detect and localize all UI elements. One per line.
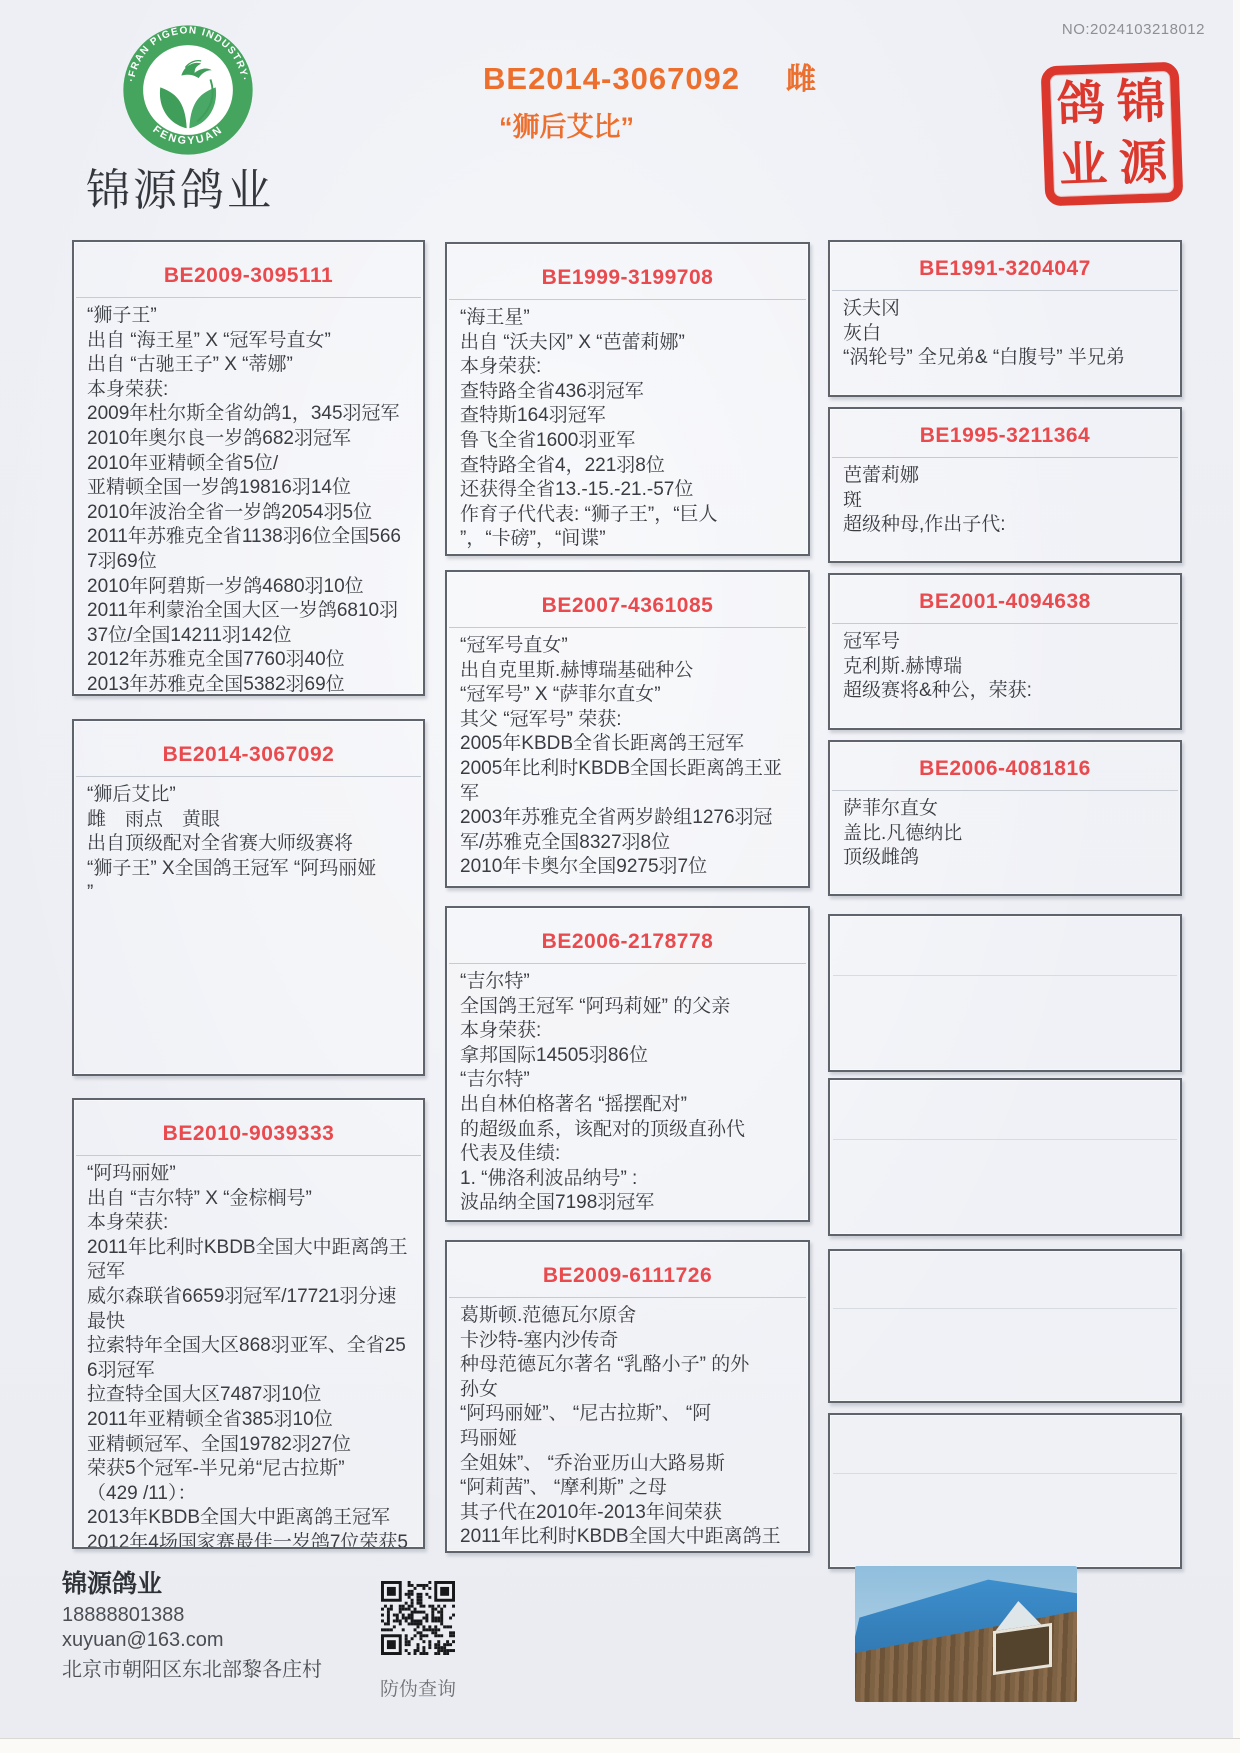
box-text-line: 盖比.凡德纳比 (843, 822, 1167, 847)
box-text-line: 2005年比利时KBDB全国长距离鸽王亚 (460, 757, 795, 782)
serial-number: NO:2024103218012 (990, 21, 1205, 38)
box-text-line: 全国鸽王冠军 “阿玛莉娅” 的父亲 (460, 995, 795, 1020)
empty-box-rule (833, 1308, 1177, 1309)
footer-email: xuyuan@163.com (62, 1629, 224, 1652)
red-stamp-seal: 鸽 锦 业 源 (1041, 62, 1184, 207)
box-text-line: 拉索特年全国大区868羽亚军、全省25 (87, 1334, 410, 1359)
loft-logo: ·FRAN PIGEON INDUSTRY· FENGYUAN (122, 24, 254, 156)
empty-box-rule (833, 1139, 1177, 1140)
pedigree-box-BE2001-4094638: BE2001-4094638冠军号克利斯.赫博瑞超级赛将&种公，荣获: (828, 573, 1182, 730)
box-body: “冠军号直女”出自克里斯.赫博瑞基础种公“冠军号” X “萨菲尔直女”其父 “冠… (447, 628, 808, 880)
box-text-line: 军/苏雅克全国8327羽8位 (460, 831, 795, 856)
seal-char: 鸽 (1056, 80, 1106, 130)
box-text-line: “吉尔特” (460, 1068, 795, 1093)
box-text-line: 2011年比利时KBDB全国大中距离鸽王 (460, 1525, 795, 1550)
box-text-line: 2010年阿碧斯一岁鸽4680羽10位 (87, 575, 410, 600)
box-text-line: 查特斯164羽冠军 (460, 404, 795, 429)
box-ring-number: BE1991-3204047 (830, 242, 1180, 281)
box-ring-number: BE2014-3067092 (74, 721, 423, 767)
box-text-line: 雌 雨点 黄眼 (87, 808, 410, 833)
box-body: 芭蕾莉娜斑超级种母,作出子代: (830, 458, 1180, 538)
bird-ring-row: BE2014-3067092雌 (483, 54, 817, 98)
box-text-line: 37位/全国14211羽142位 (87, 624, 410, 649)
box-text-line: 7羽69位 (87, 550, 410, 575)
box-body: “吉尔特”全国鸽王冠军 “阿玛莉娅” 的父亲本身荣获:拿邦国际14505羽86位… (447, 964, 808, 1216)
box-text-line: 还获得全省13.-15.-21.-57位 (460, 478, 795, 503)
pedigree-box-BE1999-3199708: BE1999-3199708“海王星”出自 “沃夫冈” X “芭蕾莉娜”本身荣获… (445, 242, 810, 556)
box-ring-number: BE1999-3199708 (447, 244, 808, 290)
box-text-line: 2013年苏雅克全国5382羽69位 (87, 673, 410, 696)
box-ring-number: BE2009-6111726 (447, 1242, 808, 1288)
footer-loft-name: 锦源鸽业 (62, 1564, 162, 1600)
box-text-line: 的超级血系，该配对的顶级直孙代 (460, 1118, 795, 1143)
scan-edge-right (1233, 0, 1240, 1753)
box-body: “狮子王”出自 “海王星” X “冠军号直女”出自 “古驰王子” X “蒂娜”本… (74, 298, 423, 696)
box-text-line: 鲁飞全省1600羽亚军 (460, 429, 795, 454)
bird-sex: 雌 (786, 63, 817, 96)
box-text-line: 超级赛将&种公，荣获: (843, 679, 1167, 704)
pedigree-box-BE2006-4081816: BE2006-4081816萨菲尔直女盖比.凡德纳比顶级雌鸽 (828, 740, 1182, 896)
empty-box-rule (833, 975, 1177, 976)
box-text-line: 沃夫冈 (843, 297, 1167, 322)
box-text-line: 全姐妹”、 “乔治亚历山大路易斯 (460, 1452, 795, 1477)
pedigree-box-BE2009-6111726: BE2009-6111726葛斯顿.范德瓦尔原舍卡沙特-塞内沙传奇种母范德瓦尔著… (445, 1240, 810, 1553)
box-text-line: （429 /11）： (87, 1482, 410, 1507)
box-text-line: 超级种母,作出子代: (843, 513, 1167, 538)
box-text-line: 出自 “沃夫冈” X “芭蕾莉娜” (460, 331, 795, 356)
box-text-line: 2012年苏雅克全国7760羽40位 (87, 648, 410, 673)
box-ring-number: BE2001-4094638 (830, 575, 1180, 614)
box-text-line: 种母范德瓦尔著名 “乳酪小子” 的外 (460, 1353, 795, 1378)
box-text-line: 其父 “冠军号” 荣获: (460, 708, 795, 733)
pedigree-column-3: BE1991-3204047沃夫冈灰白“涡轮号” 全兄弟& “白腹号” 半兄弟B… (828, 240, 1182, 1569)
box-text-line: “狮子王” X全国鸽王冠军 “阿玛丽娅 (87, 857, 410, 882)
box-text-line: 1. “佛洛利波品纳号” : (460, 1167, 795, 1192)
box-text-line: 萨菲尔直女 (843, 797, 1167, 822)
box-text-line: “吉尔特” (460, 970, 795, 995)
logo-inner-circle (144, 46, 232, 134)
box-text-line: 代表及佳绩: (460, 1142, 795, 1167)
box-text-line: 2010年奥尔良一岁鸽682羽冠军 (87, 427, 410, 452)
box-text-line: 2011年亚精顿全省385羽10位 (87, 1408, 410, 1433)
pedigree-box-empty (828, 1249, 1182, 1403)
pedigree-box-BE2007-4361085: BE2007-4361085“冠军号直女”出自克里斯.赫博瑞基础种公“冠军号” … (445, 570, 810, 888)
box-text-line: 拉查特全国大区7487羽10位 (87, 1383, 410, 1408)
box-text-line: ”，“卡磅”，“间谍” (460, 527, 795, 552)
seal-char: 源 (1118, 139, 1168, 189)
box-text-line: 亚精顿全国一岁鸽19816羽14位 (87, 476, 410, 501)
box-text-line: 2011年苏雅克全省1138羽6位全国566 (87, 525, 410, 550)
seal-char: 锦 (1116, 78, 1166, 128)
pedigree-box-empty (828, 914, 1182, 1072)
box-body: “海王星”出自 “沃夫冈” X “芭蕾莉娜”本身荣获:查特路全省436羽冠军查特… (447, 300, 808, 552)
box-text-line: 荣获5个冠军-半兄弟“尼古拉斯” (87, 1457, 410, 1482)
box-ring-number: BE2010-9039333 (74, 1100, 423, 1146)
box-text-line: 出自林伯格著名 “摇摆配对” (460, 1093, 795, 1118)
box-ring-number: BE2007-4361085 (447, 572, 808, 618)
box-text-line: 最快 (87, 1310, 410, 1335)
box-text-line: 2003年苏雅克全省两岁龄组1276羽冠 (460, 806, 795, 831)
box-text-line: 2013年KBDB全国大中距离鸽王冠军 (87, 1506, 410, 1531)
box-body: 冠军号克利斯.赫博瑞超级赛将&种公，荣获: (830, 624, 1180, 704)
box-body: 萨菲尔直女盖比.凡德纳比顶级雌鸽 (830, 791, 1180, 871)
box-text-line: “阿玛丽娅” (87, 1162, 410, 1187)
box-text-line: 葛斯顿.范德瓦尔原舍 (460, 1304, 795, 1329)
qr-label: 防伪查询 (356, 1674, 480, 1701)
loft-brand-name: 锦源鸽业 (86, 154, 274, 218)
qr-code (381, 1581, 455, 1655)
pedigree-box-empty (828, 1078, 1182, 1236)
box-text-line: “狮子王” (87, 304, 410, 329)
box-text-line: “海王星” (460, 306, 795, 331)
box-body: 葛斯顿.范德瓦尔原舍卡沙特-塞内沙传奇种母范德瓦尔著名 “乳酪小子” 的外孙女“… (447, 1298, 808, 1550)
box-ring-number: BE2006-2178778 (447, 908, 808, 954)
seal-char: 业 (1058, 141, 1108, 191)
box-text-line: “阿莉茜”、 “摩利斯” 之母 (460, 1476, 795, 1501)
box-text-line: 作育子代代表: “狮子王”，“巨人 (460, 503, 795, 528)
box-text-line: 查特路全省436羽冠军 (460, 380, 795, 405)
box-text-line: ” (87, 881, 410, 906)
box-text-line: 玛丽娅 (460, 1427, 795, 1452)
box-text-line: 2010年波治全省一岁鸽2054羽5位 (87, 501, 410, 526)
box-text-line: 本身荣获: (460, 1019, 795, 1044)
empty-box-rule (833, 1473, 1177, 1474)
box-text-line: 出自 “吉尔特” X “金棕榈号” (87, 1187, 410, 1212)
box-text-line: 出自 “古驰王子” X “蒂娜” (87, 353, 410, 378)
box-text-line: 拿邦国际14505羽86位 (460, 1044, 795, 1069)
box-text-line: 其子代在2010年-2013年间荣获 (460, 1501, 795, 1526)
box-text-line: “狮后艾比” (87, 783, 410, 808)
pedigree-column-2: BE1999-3199708“海王星”出自 “沃夫冈” X “芭蕾莉娜”本身荣获… (445, 242, 810, 1553)
box-text-line: 2012年4场国家赛最佳一岁鸽7位荣获5 (87, 1531, 410, 1549)
pedigree-sheet: NO:2024103218012 ·FRAN PIGEON INDUSTRY· … (0, 0, 1233, 1738)
box-text-line: 卡沙特-塞内沙传奇 (460, 1329, 795, 1354)
pedigree-box-BE2009-3095111: BE2009-3095111“狮子王”出自 “海王星” X “冠军号直女”出自 … (72, 240, 425, 696)
pedigree-box-BE1991-3204047: BE1991-3204047沃夫冈灰白“涡轮号” 全兄弟& “白腹号” 半兄弟 (828, 240, 1182, 397)
box-text-line: 军 (460, 782, 795, 807)
box-text-line: “冠军号直女” (460, 634, 795, 659)
box-text-line: “冠军号” X “萨菲尔直女” (460, 683, 795, 708)
box-text-line: 灰白 (843, 322, 1167, 347)
pedigree-box-BE2014-3067092: BE2014-3067092“狮后艾比”雌 雨点 黄眼出自顶级配对全省赛大师级赛… (72, 719, 425, 1076)
box-text-line: 本身荣获: (87, 1211, 410, 1236)
box-text-line: 6羽冠军 (87, 1359, 410, 1384)
box-ring-number: BE2009-3095111 (74, 242, 423, 288)
bird-ring-number: BE2014-3067092 (483, 61, 740, 96)
scan-edge-bottom (0, 1738, 1240, 1753)
box-text-line: 本身荣获: (87, 378, 410, 403)
box-ring-number: BE1995-3211364 (830, 409, 1180, 448)
box-text-line: “阿玛丽娅”、 “尼古拉斯”、 “阿 (460, 1402, 795, 1427)
box-text-line: 出自克里斯.赫博瑞基础种公 (460, 659, 795, 684)
box-text-line: 2010年亚精顿全省5位/ (87, 452, 410, 477)
box-text-line: 2011年比利时KBDB全国大中距离鸽王 (87, 1236, 410, 1261)
box-text-line: 孙女 (460, 1378, 795, 1403)
box-text-line: 亚精顿冠军、全国19782羽27位 (87, 1433, 410, 1458)
box-text-line: 查特路全省4，221羽8位 (460, 454, 795, 479)
bird-main-title: BE2014-3067092雌 “狮后艾比” (483, 54, 817, 144)
box-text-line: 芭蕾莉娜 (843, 464, 1167, 489)
box-text-line: 冠军号 (843, 630, 1167, 655)
box-text-line: 冠军 (87, 1260, 410, 1285)
footer-address: 北京市朝阳区东北部黎各庄村 (62, 1653, 322, 1682)
box-ring-number: BE2006-4081816 (830, 742, 1180, 781)
box-text-line: 2011年利蒙治全国大区一岁鸽6810羽 (87, 599, 410, 624)
box-text-line: 2005年KBDB全省长距离鸽王冠军 (460, 732, 795, 757)
box-text-line: 波品纳全国7198羽冠军 (460, 1191, 795, 1216)
box-text-line: 克利斯.赫博瑞 (843, 655, 1167, 680)
pedigree-column-1: BE2009-3095111“狮子王”出自 “海王星” X “冠军号直女”出自 … (72, 240, 425, 1549)
box-text-line: “涡轮号” 全兄弟& “白腹号” 半兄弟 (843, 346, 1167, 371)
pedigree-box-BE2006-2178778: BE2006-2178778“吉尔特”全国鸽王冠军 “阿玛莉娅” 的父亲本身荣获… (445, 906, 810, 1222)
box-body: “阿玛丽娅”出自 “吉尔特” X “金棕榈号”本身荣获:2011年比利时KBDB… (74, 1156, 423, 1549)
box-body: 沃夫冈灰白“涡轮号” 全兄弟& “白腹号” 半兄弟 (830, 291, 1180, 371)
box-text-line: 2009年杜尔斯全省幼鸽1，345羽冠军 (87, 402, 410, 427)
pedigree-box-BE2010-9039333: BE2010-9039333“阿玛丽娅”出自 “吉尔特” X “金棕榈号”本身荣… (72, 1098, 425, 1549)
box-text-line: 2010年卡奥尔全国9275羽7位 (460, 855, 795, 880)
bird-name: “狮后艾比” (499, 105, 817, 144)
box-text-line: 斑 (843, 489, 1167, 514)
box-text-line: 出自顶级配对全省赛大师级赛将 (87, 832, 410, 857)
pedigree-box-BE1995-3211364: BE1995-3211364芭蕾莉娜斑超级种母,作出子代: (828, 407, 1182, 563)
pedigree-box-empty (828, 1413, 1182, 1569)
box-text-line: 威尔森联省6659羽冠军/17721羽分速 (87, 1285, 410, 1310)
box-text-line: 顶级雌鸽 (843, 846, 1167, 871)
loft-photo (855, 1566, 1077, 1702)
footer-phone: 18888801388 (62, 1604, 184, 1627)
box-text-line: 本身荣获: (460, 355, 795, 380)
box-text-line: 出自 “海王星” X “冠军号直女” (87, 329, 410, 354)
box-body: “狮后艾比”雌 雨点 黄眼出自顶级配对全省赛大师级赛将“狮子王” X全国鸽王冠军… (74, 777, 423, 906)
photo-window (993, 1623, 1052, 1675)
